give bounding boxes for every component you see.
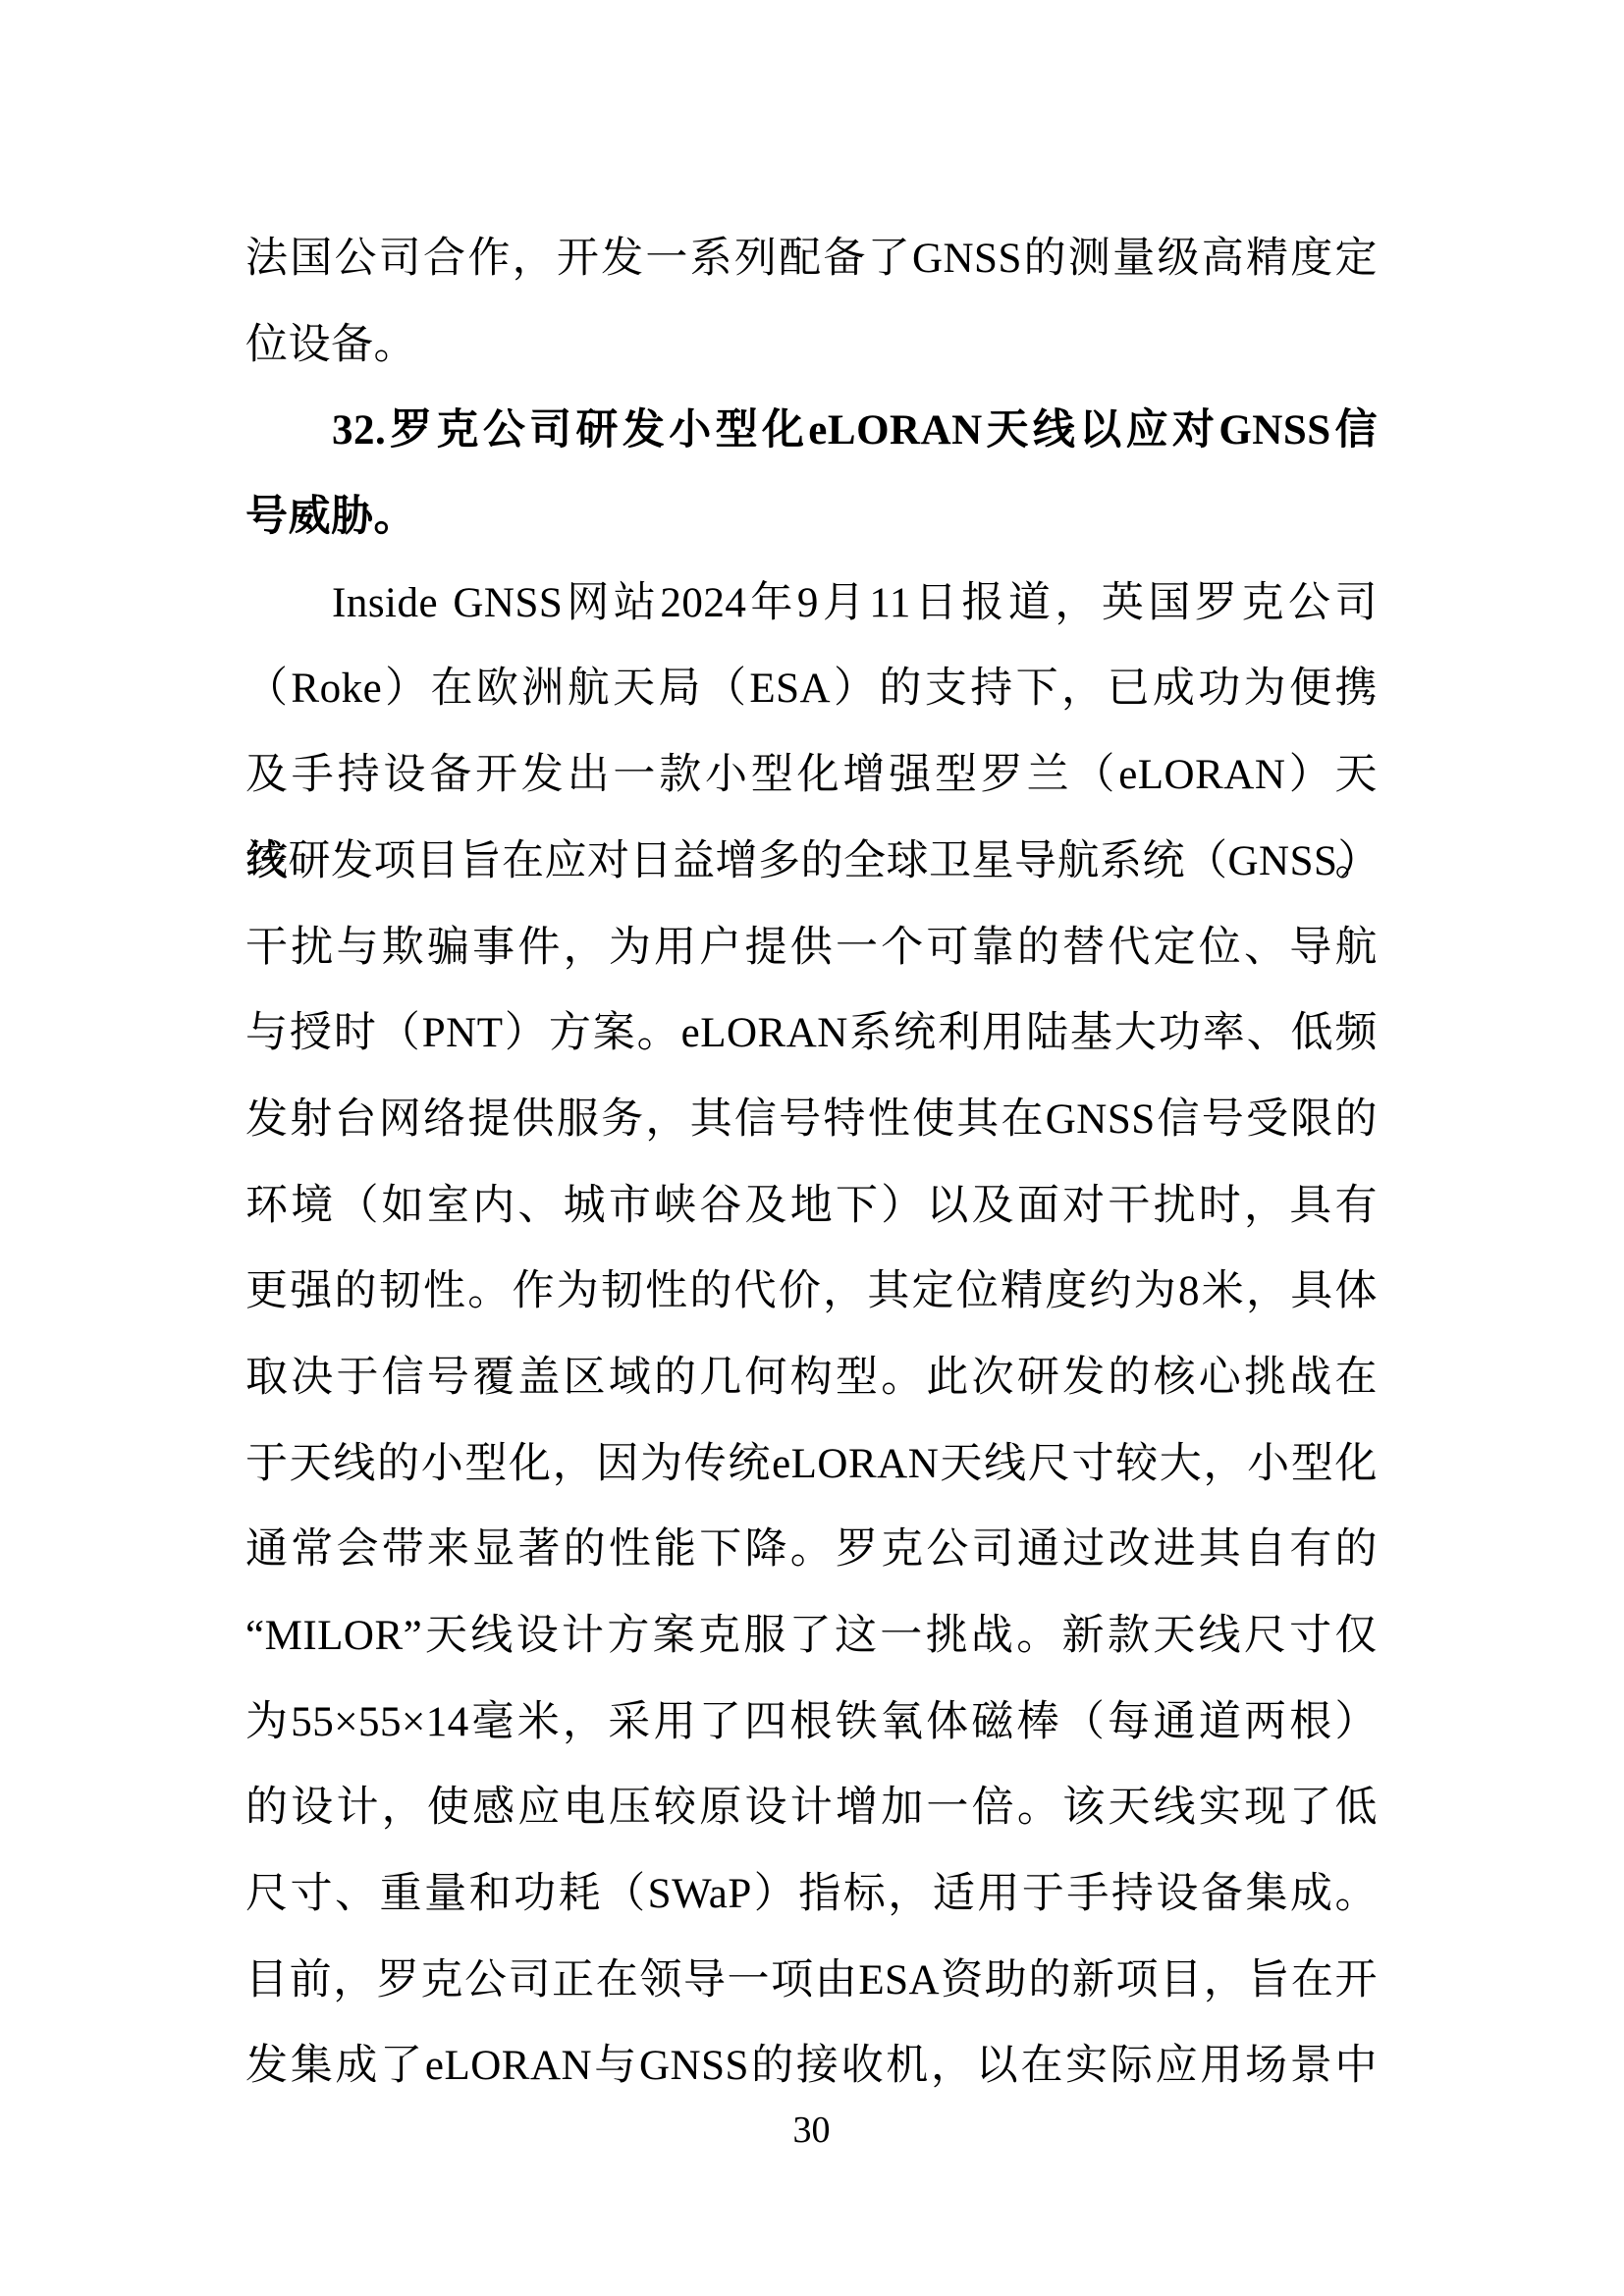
document-line: 法国公司合作，开发一系列配备了GNSS的测量级高精度定 bbox=[245, 216, 1378, 302]
document-line: 位设备。 bbox=[245, 302, 1378, 389]
section-heading: 32.罗克公司研发小型化eLORAN天线以应对GNSS信号威胁。 bbox=[245, 388, 1378, 560]
document-line: 目前，罗克公司正在领导一项由ESA资助的新项目，旨在开 bbox=[245, 1938, 1378, 2024]
document-line: 发集成了eLORAN与GNSS的接收机，以在实际应用场景中 bbox=[245, 2023, 1378, 2109]
document-page: 法国公司合作，开发一系列配备了GNSS的测量级高精度定位设备。32.罗克公司研发… bbox=[0, 0, 1624, 2296]
document-line: 于天线的小型化，因为传统eLORAN天线尺寸较大，小型化 bbox=[245, 1421, 1378, 1508]
document-line: 尺寸、重量和功耗（SWaP）指标，适用于手持设备集成。 bbox=[245, 1851, 1378, 1938]
document-line: 更强的韧性。作为韧性的代价，其定位精度约为8米，具体 bbox=[245, 1249, 1378, 1335]
document-line: “MILOR”天线设计方案克服了这一挑战。新款天线尺寸仅 bbox=[245, 1593, 1378, 1680]
document-line: 环境（如室内、城市峡谷及地下）以及面对干扰时，具有 bbox=[245, 1163, 1378, 1250]
document-line: 为55×55×14毫米，采用了四根铁氧体磁棒（每通道两根） bbox=[245, 1680, 1378, 1766]
document-line: 32.罗克公司研发小型化eLORAN天线以应对GNSS信 bbox=[245, 388, 1378, 474]
document-line: 干扰与欺骗事件，为用户提供一个可靠的替代定位、导航 bbox=[245, 905, 1378, 991]
document-line: 取决于信号覆盖区域的几何构型。此次研发的核心挑战在 bbox=[245, 1335, 1378, 1421]
document-line: 号威胁。 bbox=[245, 474, 1378, 561]
document-line: 及手持设备开发出一款小型化增强型罗兰（eLORAN）天线。 bbox=[245, 732, 1378, 819]
document-line: 发射台网络提供服务，其信号特性使其在GNSS信号受限的 bbox=[245, 1077, 1378, 1163]
paragraph-continuation: 法国公司合作，开发一系列配备了GNSS的测量级高精度定位设备。 bbox=[245, 216, 1378, 388]
document-line: 该研发项目旨在应对日益增多的全球卫星导航系统（GNSS） bbox=[245, 819, 1378, 905]
text-blocks: 法国公司合作，开发一系列配备了GNSS的测量级高精度定位设备。32.罗克公司研发… bbox=[245, 216, 1378, 2109]
page-number: 30 bbox=[245, 2101, 1378, 2160]
document-line: （Roke）在欧洲航天局（ESA）的支持下，已成功为便携 bbox=[245, 646, 1378, 732]
document-line: Inside GNSS网站2024年9月11日报道，英国罗克公司 bbox=[245, 561, 1378, 647]
document-line: 通常会带来显著的性能下降。罗克公司通过改进其自有的 bbox=[245, 1507, 1378, 1593]
document-line: 与授时（PNT）方案。eLORAN系统利用陆基大功率、低频 bbox=[245, 990, 1378, 1077]
body-paragraph: Inside GNSS网站2024年9月11日报道，英国罗克公司（Roke）在欧… bbox=[245, 561, 1378, 2109]
document-line: 的设计，使感应电压较原设计增加一倍。该天线实现了低 bbox=[245, 1765, 1378, 1851]
